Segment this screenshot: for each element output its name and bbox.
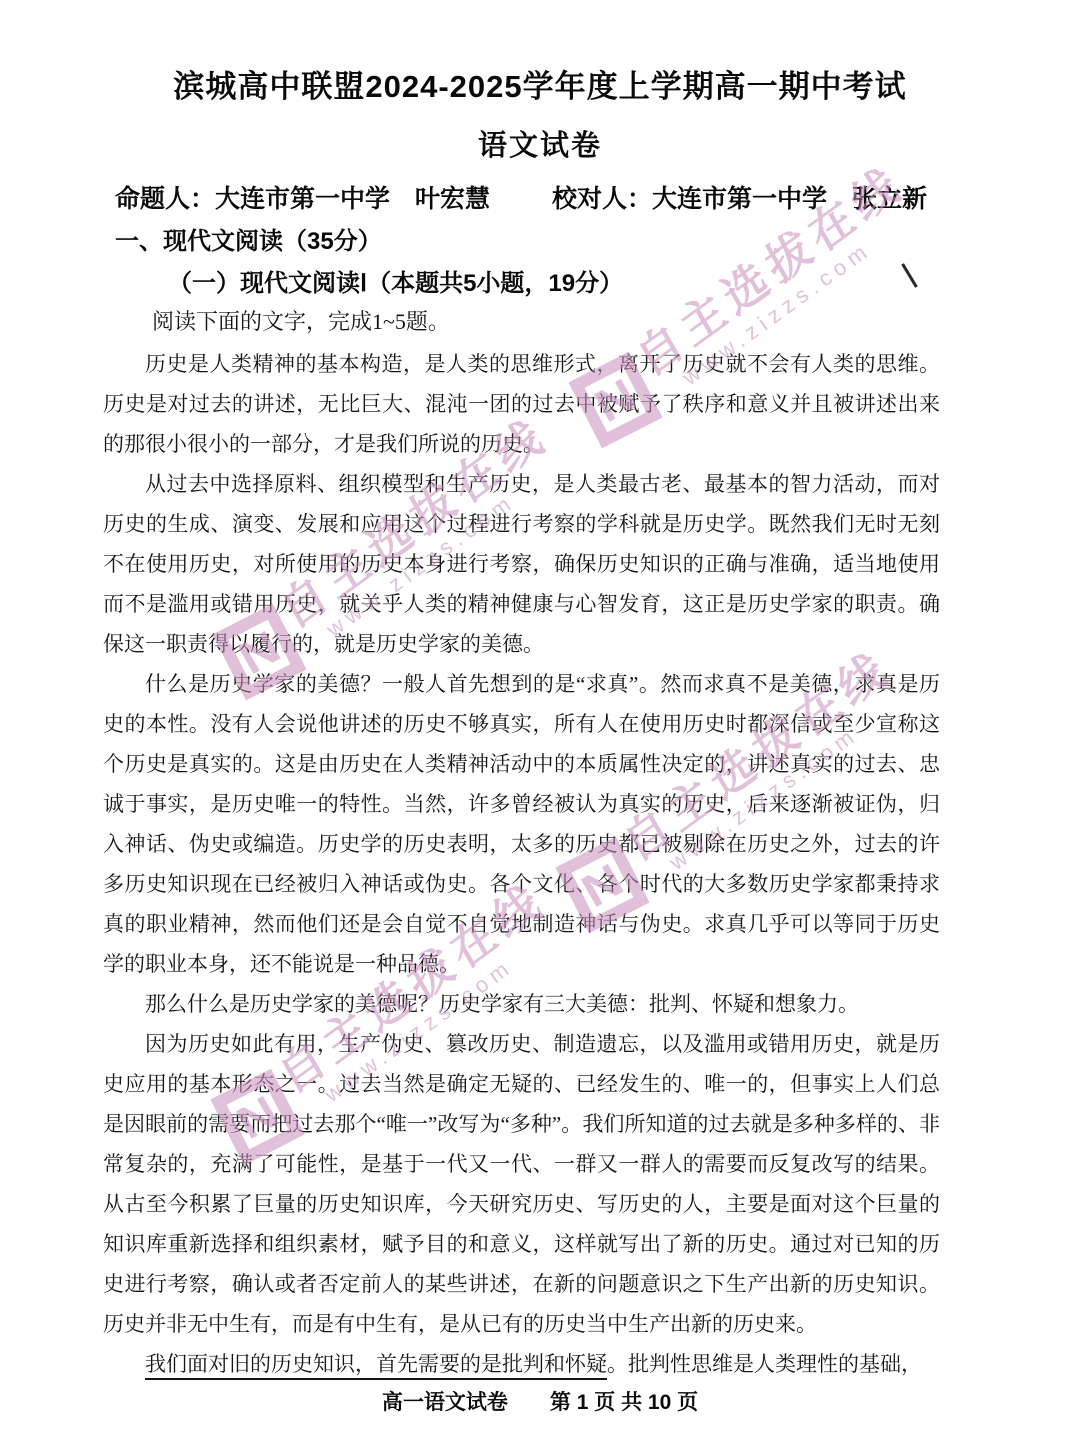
- passage-paragraph: 因为历史如此有用，生产伪史、篡改历史、制造遗忘，以及滥用或错用历史，就是历史应用…: [103, 1024, 940, 1344]
- subsection-heading-reading-1: （一）现代文阅读Ⅰ（本题共5小题，19分）: [168, 268, 1080, 300]
- byline: 命题人：大连市第一中学 叶宏慧 校对人：大连市第一中学 张立新: [115, 182, 927, 216]
- exam-title: 滨城高中联盟2024-2025学年度上学期高一期中考试: [0, 0, 1080, 110]
- passage-body: 历史是人类精神的基本构造，是人类的思维形式，离开了历史就不会有人类的思维。历史是…: [103, 344, 940, 1384]
- question-setter: 命题人：大连市第一中学 叶宏慧: [115, 182, 490, 216]
- page-footer: 高一语文试卷 第 1 页 共 10 页: [0, 1390, 1080, 1416]
- sentence-continuation: 。批判性思维是人类理性的基础，: [607, 1352, 922, 1376]
- passage-paragraph-underlined: 我们面对旧的历史知识，首先需要的是批判和怀疑。批判性思维是人类理性的基础，: [103, 1344, 940, 1384]
- passage-paragraph: 历史是人类精神的基本构造，是人类的思维形式，离开了历史就不会有人类的思维。历史是…: [103, 344, 940, 464]
- paper-subject-title: 语文试卷: [0, 124, 1080, 168]
- section-heading-modern-reading: 一、现代文阅读（35分）: [115, 226, 1080, 258]
- passage-paragraph: 从过去中选择原料、组织模型和生产历史，是人类最古老、最基本的智力活动，而对历史的…: [103, 464, 940, 664]
- passage-paragraph: 那么什么是历史学家的美德呢？历史学家有三大美德：批判、怀疑和想象力。: [103, 984, 940, 1024]
- underlined-sentence: 我们面对旧的历史知识，首先需要的是批判和怀疑: [145, 1352, 607, 1376]
- proofreader: 校对人：大连市第一中学 张立新: [552, 182, 927, 216]
- passage-paragraph: 什么是历史学家的美德？一般人首先想到的是“求真”。然而求真不是美德，求真是历史的…: [103, 664, 940, 984]
- reading-instruction: 阅读下面的文字，完成1~5题。: [152, 306, 1080, 338]
- exam-paper-page: N 自主选拔在线 www.zizzs.com N 自主选拔在线 www.zizz…: [0, 0, 1080, 1448]
